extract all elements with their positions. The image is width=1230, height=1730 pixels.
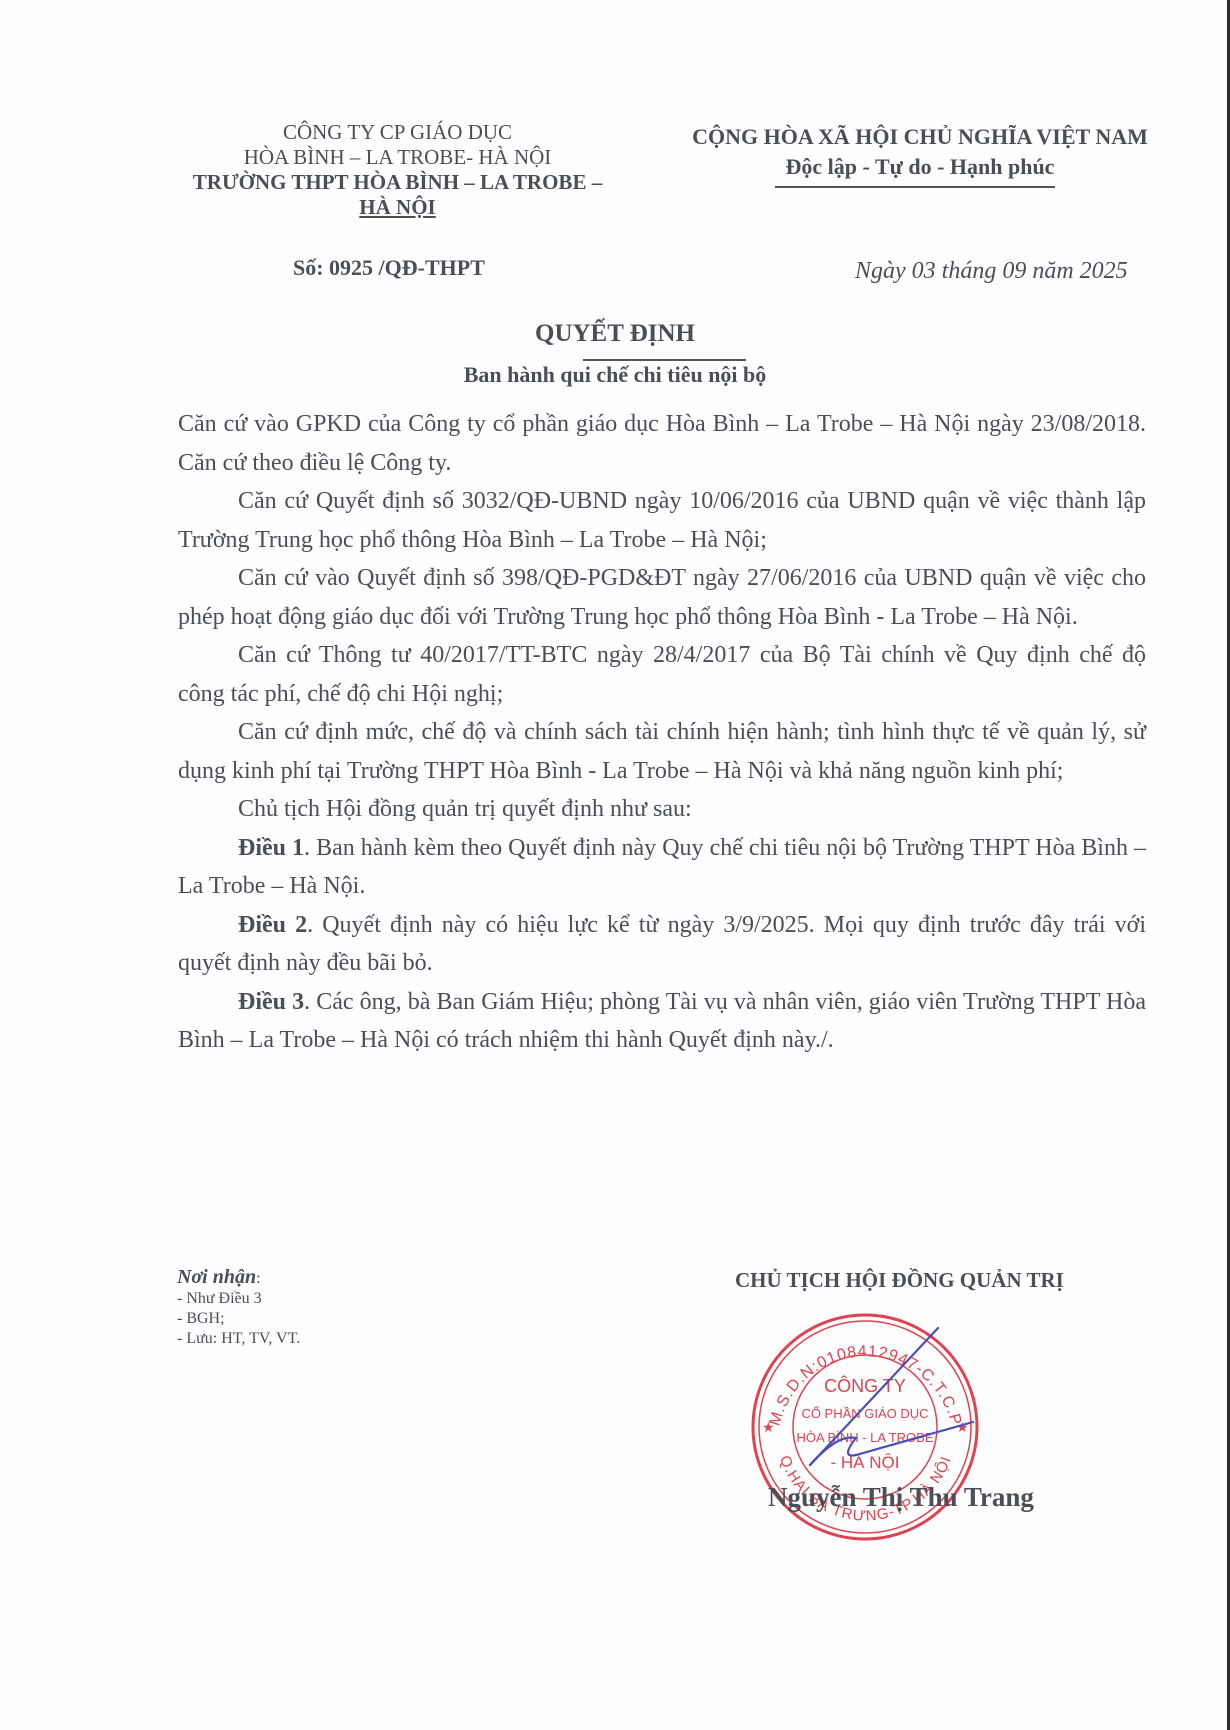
document-body: Căn cứ vào GPKD của Công ty cổ phần giáo… xyxy=(178,405,1146,1060)
issuer-city: HÀ NỘI xyxy=(359,195,435,219)
nation-name: CỘNG HÒA XÃ HỘI CHỦ NGHĨA VIỆT NAM xyxy=(660,122,1180,152)
issuer-school-line: TRƯỜNG THPT HÒA BÌNH – LA TROBE – xyxy=(170,170,625,195)
nation-motto: Độc lập - Tự do - Hạnh phúc xyxy=(660,152,1180,182)
article-3: Điều 3. Các ông, bà Ban Giám Hiệu; phòng… xyxy=(178,983,1146,1060)
article-text: . Quyết định này có hiệu lực kể từ ngày … xyxy=(178,912,1146,977)
recipient-item: - BGH; xyxy=(177,1309,300,1329)
document-title: QUYẾT ĐỊNH xyxy=(0,320,1230,348)
paragraph: Căn cứ Thông tư 40/2017/TT-BTC ngày 28/4… xyxy=(178,636,1146,713)
svg-text:★: ★ xyxy=(762,1421,775,1436)
paragraph: Căn cứ vào Quyết định số 398/QĐ-PGD&ĐT n… xyxy=(178,559,1146,636)
recipient-item: - Như Điều 3 xyxy=(177,1289,300,1309)
issuer-header: CÔNG TY CP GIÁO DỤC HÒA BÌNH – LA TROBE-… xyxy=(170,120,625,220)
paragraph: Căn cứ vào GPKD của Công ty cổ phần giáo… xyxy=(178,405,1146,482)
svg-text:CỔ PHẦN GIÁO DỤC: CỔ PHẦN GIÁO DỤC xyxy=(801,1406,928,1421)
article-text: . Ban hành kèm theo Quyết định này Quy c… xyxy=(178,835,1146,900)
nation-header: CỘNG HÒA XÃ HỘI CHỦ NGHĨA VIỆT NAM Độc l… xyxy=(660,122,1180,182)
document-subtitle: Ban hành qui chế chi tiêu nội bộ xyxy=(0,362,1230,388)
paragraph: Căn cứ Quyết định số 3032/QĐ-UBND ngày 1… xyxy=(178,482,1146,559)
recipients-title: Nơi nhận xyxy=(177,1266,256,1288)
svg-text:- HÀ NỘI: - HÀ NỘI xyxy=(831,1453,900,1472)
paragraph: Căn cứ định mức, chế độ và chính sách tà… xyxy=(178,713,1146,790)
signer-name: Nguyễn Thị Thu Trang xyxy=(768,1482,1034,1513)
paragraph: Chủ tịch Hội đồng quản trị quyết định nh… xyxy=(178,790,1146,829)
recipient-item: - Lưu: HT, TV, VT. xyxy=(177,1329,300,1349)
document-date: Ngày 03 tháng 09 năm 2025 xyxy=(855,258,1128,285)
article-2: Điều 2. Quyết định này có hiệu lực kể từ… xyxy=(178,906,1146,983)
article-label: Điều 1 xyxy=(238,835,304,861)
title-underline xyxy=(583,359,746,361)
document-number: Số: 0925 /QĐ-THPT xyxy=(293,255,485,281)
svg-text:HÒA BÌNH - LA TROBE: HÒA BÌNH - LA TROBE xyxy=(796,1430,933,1445)
article-label: Điều 3 xyxy=(238,989,304,1015)
motto-underline xyxy=(775,186,1055,188)
svg-text:CÔNG TY: CÔNG TY xyxy=(824,1375,906,1396)
article-1: Điều 1. Ban hành kèm theo Quyết định này… xyxy=(178,829,1146,906)
signature-title: CHỦ TỊCH HỘI ĐỒNG QUẢN TRỊ xyxy=(735,1268,1064,1293)
article-label: Điều 2 xyxy=(238,912,307,938)
issuer-company-line2: HÒA BÌNH – LA TROBE- HÀ NỘI xyxy=(170,145,625,170)
article-text: . Các ông, bà Ban Giám Hiệu; phòng Tài v… xyxy=(178,989,1146,1054)
recipients-block: Nơi nhận: - Như Điều 3 - BGH; - Lưu: HT,… xyxy=(177,1267,300,1349)
issuer-company-line1: CÔNG TY CP GIÁO DỤC xyxy=(170,120,625,145)
